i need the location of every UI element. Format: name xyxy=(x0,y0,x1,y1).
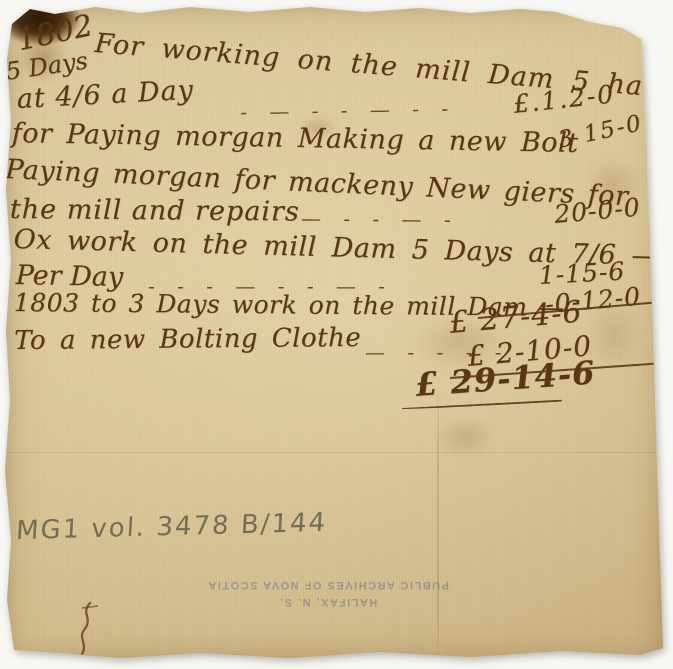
entry-line-mill-repairs: the mill and repairs xyxy=(10,194,300,228)
edge-speck xyxy=(1,225,7,239)
edge-speck xyxy=(2,606,7,614)
vertical-crease xyxy=(437,380,439,665)
stamp-line-archives: PUBLIC ARCHIVES OF NOVA SCOTIA xyxy=(182,576,474,593)
dash-run: - — - - — - - xyxy=(240,96,456,124)
ink-squiggle xyxy=(68,600,104,658)
archives-stamp: HALIFAX, N. S. PUBLIC ARCHIVES OF NOVA S… xyxy=(182,576,474,610)
dash-run: - — - - — - xyxy=(272,206,459,232)
edge-speck xyxy=(0,308,5,318)
horizontal-crease xyxy=(8,452,658,453)
stamp-line-halifax: HALIFAX, N. S. xyxy=(182,593,474,610)
amount-bolt: 3 15-0 xyxy=(556,110,645,153)
archival-reference: MG1 vol. 3478 B/144 xyxy=(15,508,328,546)
edge-speck xyxy=(0,148,6,160)
water-stain xyxy=(425,410,505,465)
paper-sheet: 1802 For working on the mill Dam 5 hands… xyxy=(0,0,673,669)
paper-shadow-wrap: 1802 For working on the mill Dam 5 hands… xyxy=(0,0,673,669)
entry-line-bolt-cloth: To a new Bolting Clothe xyxy=(14,323,361,356)
edge-speck xyxy=(0,38,5,47)
entry-line-morgan-bolt: for Paying morgan Making a new Bolt xyxy=(11,118,578,159)
scan-background: 1802 For working on the mill Dam 5 hands… xyxy=(0,0,673,669)
amount-repairs: 20-0-0 xyxy=(553,192,642,228)
